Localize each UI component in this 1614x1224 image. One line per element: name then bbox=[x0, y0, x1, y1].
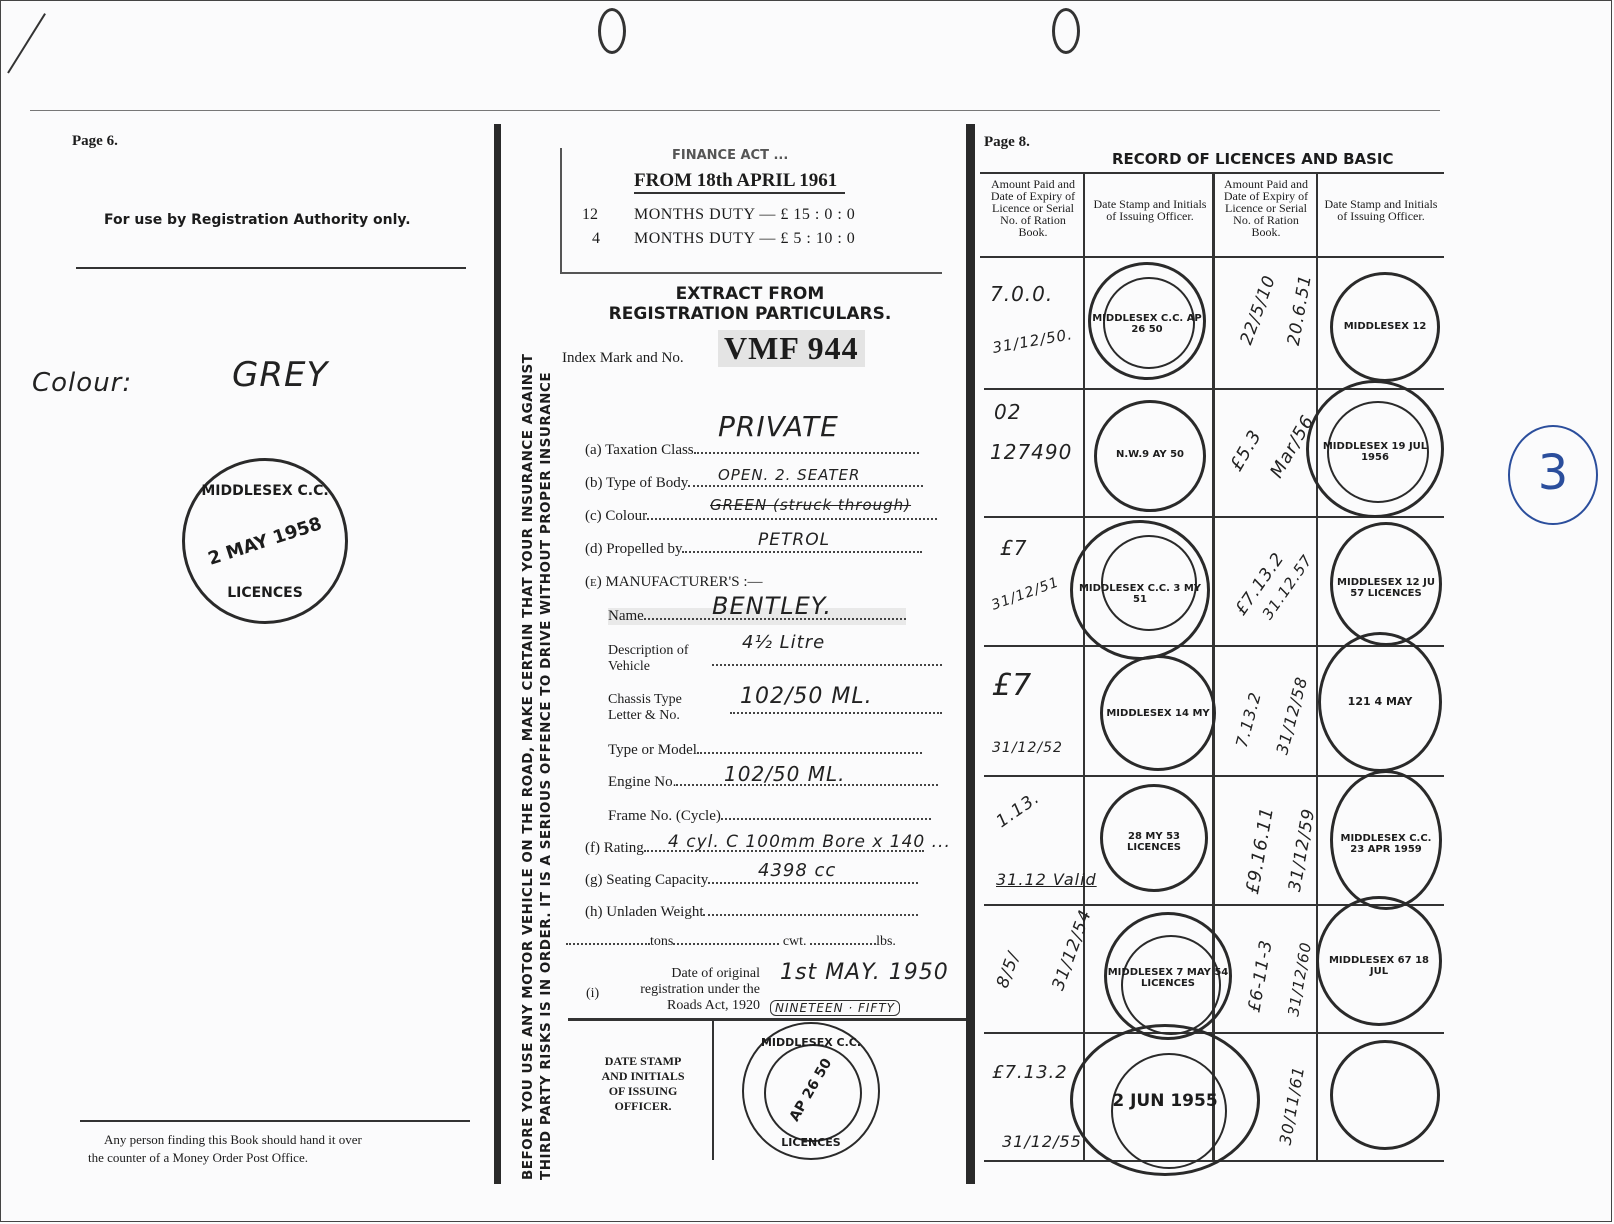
extract-title-line1: EXTRACT FROM bbox=[560, 284, 940, 304]
date-stamp-label: DATE STAMP AND INITIALS OF ISSUING OFFIC… bbox=[588, 1054, 698, 1114]
chassis-value: 102/50 ML. bbox=[740, 684, 873, 709]
row-11-stamp: 121 4 MAY bbox=[1318, 632, 1442, 772]
licence-stamp-1958: MIDDLESEX C.C. 2 MAY 1958 LICENCES bbox=[182, 458, 348, 624]
row-10-stamp: MIDDLESEX 12 JU 57 LICENCES bbox=[1330, 522, 1442, 646]
unladen-weight-row: (h) Unladen Weight bbox=[585, 904, 918, 921]
description-value: 4½ Litre bbox=[742, 632, 825, 653]
row-3-stamp: MIDDLESEX C.C. 3 MY 51 bbox=[1070, 520, 1210, 660]
column-header-amount-2: Amount Paid and Date of Expiry of Licenc… bbox=[1218, 178, 1314, 238]
footer-note-line1: Any person finding this Book should hand… bbox=[104, 1132, 362, 1148]
row-12-stamp: MIDDLESEX C.C. 23 APR 1959 bbox=[1330, 770, 1442, 910]
duty-12-months: MONTHS DUTY — £ 15 : 0 : 0 bbox=[634, 206, 855, 224]
body-type-value: OPEN. 2. SEATER bbox=[718, 466, 860, 484]
handwritten-colour-value: GREY bbox=[232, 355, 328, 395]
column-header-stamp-2: Date Stamp and Initials of Issuing Offic… bbox=[1322, 198, 1440, 222]
row-3-amount: £7 bbox=[1000, 536, 1027, 560]
page-8-label: Page 8. bbox=[984, 134, 1030, 151]
chassis-label: Chassis Type Letter & No. bbox=[608, 692, 718, 724]
capacity-row: (g) Seating Capacity bbox=[585, 872, 918, 889]
capacity-value: 4398 cc bbox=[758, 860, 836, 881]
issuing-officer-stamp: MIDDLESEX C.C. AP 26 50 LICENCES bbox=[742, 1022, 880, 1160]
record-title: RECORD OF LICENCES AND BASIC bbox=[1112, 150, 1394, 168]
row-8-stamp: MIDDLESEX 12 bbox=[1330, 272, 1440, 382]
page-6-label: Page 6. bbox=[72, 133, 118, 150]
duty-from-date: FROM 18th APRIL 1961 bbox=[634, 170, 845, 194]
index-mark-value: VMF 944 bbox=[718, 330, 865, 367]
type-model-row: Type or Model bbox=[608, 742, 922, 759]
row-2-amount: 02 bbox=[994, 400, 1021, 424]
footer-rule bbox=[80, 1120, 470, 1122]
column-header-amount-1: Amount Paid and Date of Expiry of Licenc… bbox=[986, 178, 1080, 238]
insurance-notice-line1: BEFORE YOU USE ANY MOTOR VEHICLE ON THE … bbox=[520, 354, 536, 1180]
handwritten-colour-label: Colour: bbox=[32, 368, 132, 398]
row-1-stamp: MIDDLESEX C.C. AP 26 50 bbox=[1088, 262, 1206, 380]
row-7-expiry: 31/12/55 bbox=[1002, 1132, 1082, 1151]
stamp-box-divider bbox=[712, 1020, 714, 1160]
row-9-stamp: MIDDLESEX 19 JUL 1956 bbox=[1306, 380, 1444, 518]
book-spine-left bbox=[494, 124, 501, 1184]
row-7-stamp: 2 JUN 1955 bbox=[1070, 1024, 1260, 1176]
extract-title-line2: REGISTRATION PARTICULARS. bbox=[560, 304, 940, 324]
original-registration-label: Date of original registration under the … bbox=[610, 966, 760, 1014]
punch-hole-left bbox=[598, 8, 626, 54]
row-1-amount: 7.0.0. bbox=[990, 282, 1053, 306]
index-mark-label: Index Mark and No. bbox=[562, 350, 684, 367]
manufacturer-heading: (e) MANUFACTURER'S :— bbox=[585, 574, 763, 591]
row-2-expiry: 127490 bbox=[990, 440, 1072, 464]
original-registration-date: 1st MAY. 1950 bbox=[780, 960, 949, 985]
row-14-stamp bbox=[1330, 1040, 1440, 1150]
circled-page-number: 3 bbox=[1508, 425, 1598, 525]
row-2-stamp: N.W.9 AY 50 bbox=[1094, 400, 1206, 512]
propelled-by-row: (d) Propelled by bbox=[585, 541, 922, 558]
rating-value: 4 cyl. C 100mm Bore x 140 ... bbox=[668, 832, 951, 852]
row-4-amount: £7 bbox=[992, 668, 1032, 703]
taxation-class-row: (a) Taxation Class bbox=[585, 442, 919, 459]
row-6-stamp: MIDDLESEX 7 MAY 54 LICENCES bbox=[1104, 912, 1232, 1040]
duty-slip: FINANCE ACT ... FROM 18th APRIL 1961 12 … bbox=[560, 148, 942, 274]
description-label: Description of Vehicle bbox=[608, 643, 700, 675]
engine-no-value: 102/50 ML. bbox=[724, 762, 845, 786]
top-rule bbox=[30, 110, 1440, 111]
row-5-expiry: 31.12 Valid bbox=[996, 870, 1097, 889]
column-header-stamp-1: Date Stamp and Initials of Issuing Offic… bbox=[1090, 198, 1210, 222]
book-spine-right bbox=[966, 124, 975, 1184]
frame-no-row: Frame No. (Cycle) bbox=[608, 808, 931, 825]
row-5-stamp: 28 MY 53 LICENCES bbox=[1100, 784, 1208, 892]
taxation-class-value: PRIVATE bbox=[718, 410, 839, 443]
row-4-expiry: 31/12/52 bbox=[992, 740, 1063, 756]
row-13-stamp: MIDDLESEX 67 18 JUL bbox=[1316, 896, 1442, 1026]
insurance-notice-line2: THIRD PARTY RISKS IS IN ORDER. IT IS A S… bbox=[538, 372, 554, 1180]
registration-rule bbox=[568, 1018, 966, 1021]
footer-note-line2: the counter of a Money Order Post Office… bbox=[88, 1150, 308, 1166]
duty-4-months: MONTHS DUTY — £ 5 : 10 : 0 bbox=[634, 230, 855, 248]
page-6-rule bbox=[76, 267, 466, 269]
propelled-by-value: PETROL bbox=[758, 530, 830, 550]
colour-value: GREEN (struck through) bbox=[710, 496, 911, 514]
authority-note: For use by Registration Authority only. bbox=[104, 212, 411, 228]
weight-units-row: tons cwt. lbs. bbox=[566, 934, 896, 950]
punch-hole-right bbox=[1052, 8, 1080, 54]
row-4-stamp: MIDDLESEX 14 MY bbox=[1100, 655, 1216, 771]
manufacturer-name-value: BENTLEY. bbox=[712, 592, 832, 620]
original-registration-words: NINETEEN · FIFTY bbox=[770, 1000, 900, 1016]
row-7-amount: £7.13.2 bbox=[992, 1062, 1068, 1083]
